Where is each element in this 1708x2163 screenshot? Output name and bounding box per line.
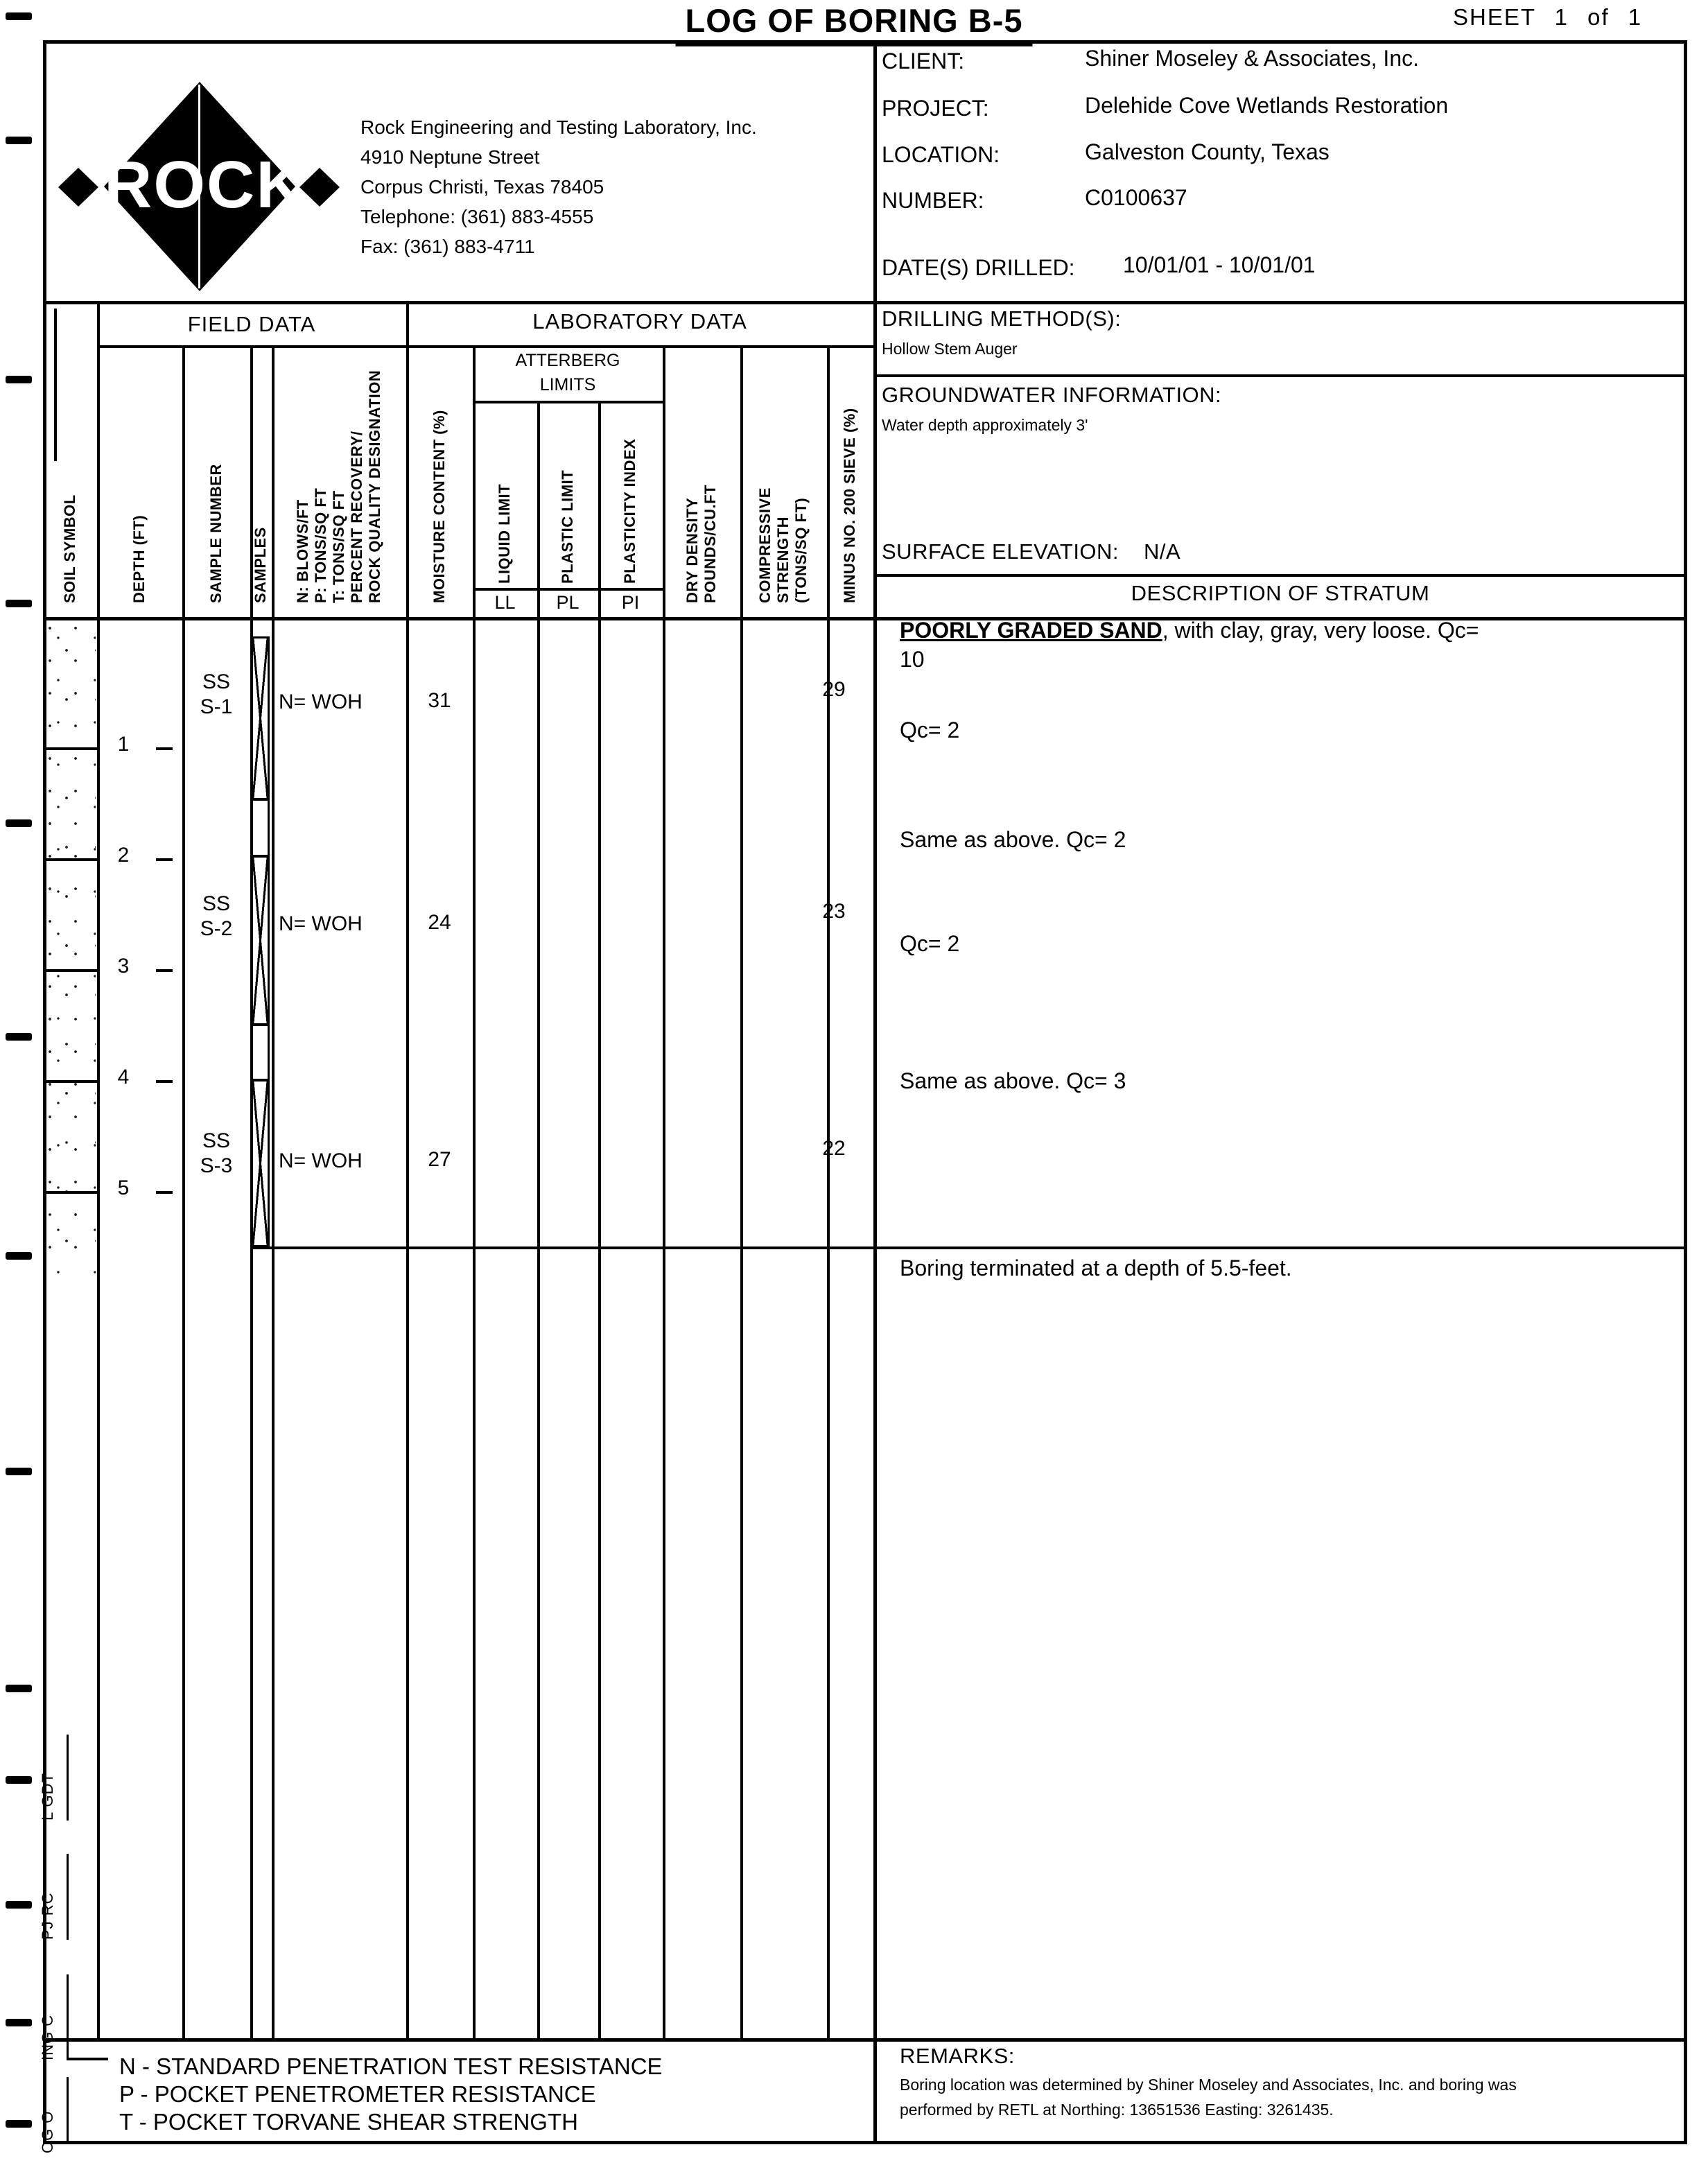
- grid-line: [873, 574, 1687, 577]
- legend-line-t: T - POCKET TORVANE SHEAR STRENGTH: [119, 2109, 578, 2135]
- stratum-note: Qc= 2: [900, 929, 959, 958]
- margin-text-fragment: PJ RC: [39, 1854, 61, 1940]
- stratum-note: Same as above. Qc= 3: [900, 1066, 1126, 1095]
- termination-line: [253, 1246, 1687, 1249]
- depth-gridmark: [44, 858, 97, 861]
- pi-cell-label: PI: [598, 592, 663, 614]
- sample-id: SSS-2: [182, 892, 250, 941]
- remarks-line2: performed by RETL at Northing: 13651536 …: [900, 2101, 1334, 2119]
- col-blows: N: BLOWS/FT P: TONS/SQ FT T: TONS/SQ FT …: [294, 354, 384, 603]
- sample-minus200: 23: [804, 900, 864, 923]
- grid-line: [740, 345, 743, 2038]
- project-value: Delehide Cove Wetlands Restoration: [1085, 93, 1448, 119]
- col-dry-density: DRY DENSITY POUNDS/CU.FT: [683, 354, 720, 603]
- sample-n-value: N= WOH: [279, 690, 363, 714]
- company-fax: Fax: (361) 883-4711: [360, 232, 873, 261]
- logo-right-diamond-icon: [299, 168, 340, 207]
- depth-gridmark: [44, 747, 97, 750]
- stratum-description-1: POORLY GRADED SAND, with clay, gray, ver…: [900, 616, 1671, 674]
- logo-text: ROCK: [104, 147, 295, 223]
- sample-id: SSS-1: [182, 670, 250, 720]
- dates-drilled-label: DATE(S) DRILLED:: [882, 255, 1075, 281]
- stratum-note: Same as above. Qc= 2: [900, 825, 1126, 854]
- col-samples: SAMPLES: [252, 354, 270, 603]
- col-depth: DEPTH (FT): [130, 354, 148, 603]
- grid-line: [1684, 40, 1687, 2144]
- margin-dash: [6, 1685, 32, 1692]
- margin-text-fragment: L GDT: [39, 1735, 61, 1821]
- depth-tick: [156, 858, 173, 861]
- grid-line: [537, 401, 540, 2038]
- sample-interval-gap-box: [251, 1024, 270, 1081]
- margin-fragment-line: [67, 1974, 69, 2060]
- drilling-method-value: Hollow Stem Auger: [882, 340, 1018, 358]
- termination-note: Boring terminated at a depth of 5.5-feet…: [900, 1253, 1292, 1283]
- col-soil-symbol: SOIL SYMBOL: [61, 354, 79, 603]
- margin-dash: [6, 1033, 32, 1041]
- sample-interval-x-box: [251, 1079, 270, 1247]
- groundwater-value: Water depth approximately 3': [882, 416, 1088, 435]
- grid-line: [97, 345, 873, 348]
- logo-left-diamond-icon: [58, 168, 98, 207]
- grid-line: [827, 345, 830, 2038]
- depth-label-3: 3: [104, 955, 143, 978]
- margin-dash: [6, 137, 32, 144]
- margin-dash: [6, 1776, 32, 1784]
- depth-label-2: 2: [104, 844, 143, 867]
- surface-elevation-label: SURFACE ELEVATION:: [882, 539, 1119, 564]
- legend-line-n: N - STANDARD PENETRATION TEST RESISTANCE: [119, 2053, 663, 2080]
- grid-line: [873, 374, 1687, 377]
- depth-gridmark: [44, 969, 97, 972]
- col-plastic-limit: PLASTIC LIMIT: [559, 409, 577, 584]
- grid-line: [182, 345, 185, 2038]
- project-label: PROJECT:: [882, 96, 989, 121]
- sample-interval-x-box: [251, 636, 270, 800]
- grid-line: [473, 401, 663, 403]
- margin-fragment-line: [67, 2077, 69, 2144]
- ll-cell-label: LL: [473, 592, 537, 614]
- margin-dash: [6, 1468, 32, 1475]
- location-value: Galveston County, Texas: [1085, 139, 1330, 165]
- col-moisture: MOISTURE CONTENT (%): [430, 354, 448, 603]
- atterberg-header-line2: LIMITS: [473, 375, 663, 395]
- client-value: Shiner Moseley & Associates, Inc.: [1085, 46, 1419, 71]
- depth-gridmark: [44, 1080, 97, 1083]
- margin-dash: [6, 2120, 32, 2128]
- surface-elevation-value: N/A: [1144, 539, 1180, 564]
- grid-line: [43, 2141, 1687, 2144]
- depth-gridmark: [44, 1191, 97, 1194]
- legend-line-p: P - POCKET PENETROMETER RESISTANCE: [119, 2081, 596, 2108]
- sheet-number: SHEET 1 of 1: [1453, 4, 1642, 31]
- depth-label-4: 4: [104, 1066, 143, 1089]
- grid-line: [97, 301, 100, 2038]
- stratum-note: Qc= 2: [900, 715, 959, 745]
- margin-text-fragment: OG O: [39, 2077, 61, 2153]
- col-minus-200: MINUS NO. 200 SIEVE (%): [841, 354, 859, 603]
- margin-dash: [6, 2019, 32, 2026]
- company-phone: Telephone: (361) 883-4555: [360, 202, 873, 232]
- col-sample-number: SAMPLE NUMBER: [207, 354, 225, 603]
- grid-line: [43, 301, 1687, 304]
- company-street: 4910 Neptune Street: [360, 142, 873, 172]
- depth-tick: [156, 747, 173, 750]
- margin-dash: [6, 12, 32, 20]
- pl-cell-label: PL: [537, 592, 598, 614]
- margin-dash: [6, 819, 32, 827]
- location-label: LOCATION:: [882, 142, 1000, 168]
- remarks-label: REMARKS:: [900, 2044, 1015, 2069]
- grid-line: [873, 40, 877, 2144]
- field-data-header: FIELD DATA: [97, 312, 406, 337]
- sample-moisture: 24: [406, 911, 473, 935]
- sample-minus200: 29: [804, 678, 864, 702]
- company-address-block: Rock Engineering and Testing Laboratory,…: [360, 112, 873, 261]
- margin-dash: [6, 600, 32, 607]
- sand-pattern: [46, 623, 96, 1277]
- client-label: CLIENT:: [882, 49, 964, 74]
- grid-line: [598, 401, 601, 2038]
- depth-label-1: 1: [104, 733, 143, 756]
- margin-fragment-line: [67, 1735, 69, 1821]
- margin-tick: [54, 309, 57, 461]
- margin-fragment-bar: [67, 2058, 108, 2060]
- remarks-line1: Boring location was determined by Shiner…: [900, 2076, 1517, 2094]
- atterberg-header-line1: ATTERBERG: [473, 351, 663, 371]
- laboratory-data-header: LABORATORY DATA: [406, 309, 873, 334]
- sample-moisture: 27: [406, 1148, 473, 1172]
- sample-id: SSS-3: [182, 1129, 250, 1179]
- grid-line: [43, 40, 1687, 44]
- company-name: Rock Engineering and Testing Laboratory,…: [360, 112, 873, 142]
- number-value: C0100637: [1085, 185, 1187, 211]
- margin-fragment-line: [67, 1854, 69, 1940]
- sample-n-value: N= WOH: [279, 1149, 363, 1173]
- margin-dash: [6, 1901, 32, 1909]
- depth-tick: [156, 1191, 173, 1194]
- boring-log-sheet: LOG OF BORING B-5 SHEET 1 of 1 ROCK Rock…: [0, 0, 1708, 2163]
- depth-tick: [156, 1080, 173, 1083]
- col-compressive: COMPRESSIVE STRENGTH (TONS/SQ FT): [756, 354, 810, 603]
- depth-label-5: 5: [104, 1176, 143, 1200]
- sample-moisture: 31: [406, 689, 473, 713]
- margin-text-fragment: ING C: [39, 1974, 61, 2060]
- company-city: Corpus Christi, Texas 78405: [360, 172, 873, 202]
- drilling-method-label: DRILLING METHOD(S):: [882, 306, 1121, 331]
- groundwater-label: GROUNDWATER INFORMATION:: [882, 383, 1221, 408]
- grid-line: [663, 345, 665, 2038]
- col-liquid-limit: LIQUID LIMIT: [496, 409, 514, 584]
- depth-tick: [156, 969, 173, 972]
- description-of-stratum-header: DESCRIPTION OF STRATUM: [873, 581, 1687, 606]
- number-label: NUMBER:: [882, 188, 984, 214]
- grid-line: [473, 588, 663, 591]
- grid-line: [43, 2038, 1687, 2042]
- stratum-name: POORLY GRADED SAND: [900, 618, 1162, 643]
- sample-minus200: 22: [804, 1137, 864, 1161]
- margin-dash: [6, 1252, 32, 1260]
- sample-interval-gap-box: [251, 799, 270, 857]
- grid-line: [272, 345, 274, 2038]
- col-plasticity-index: PLASTICITY INDEX: [621, 409, 639, 584]
- sample-interval-x-box: [251, 855, 270, 1025]
- margin-dash: [6, 376, 32, 383]
- sample-n-value: N= WOH: [279, 912, 363, 936]
- dates-drilled-value: 10/01/01 - 10/01/01: [1123, 252, 1316, 278]
